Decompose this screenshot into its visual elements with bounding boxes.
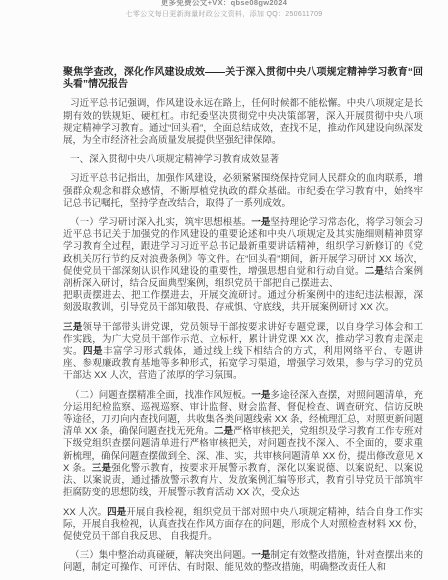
paragraph: 三是领导干部带头讲党课，党员领导干部按要求讲好专题党课，以自身学习体会和工作实践… (63, 322, 423, 383)
text-run: 把职责摆进去、把工作摆进去，开展交流研讨。通过分析案例中的违纪违法根源，深刻汲取… (63, 290, 423, 313)
bold-marker: 三是 (92, 463, 112, 474)
paragraph: 把职责摆进去、把工作摆进去，开展交流研讨。通过分析案例中的违纪违法根源，深刻汲取… (63, 290, 423, 314)
document-page: 更多免费公文+VX：qbse08gw2024 七零公文每日更新海量时政公文资料，… (0, 0, 448, 580)
text-run: 丰富学习形式载体，通过线上线下相结合的方式，利用网络平台、专题讲座、参观廉政教育… (63, 346, 423, 381)
bold-marker: 一是 (251, 217, 270, 228)
paragraph: （二）问题查摆精准全面，找准作风短板。一是多途径深入查摆，对照问题清单，充分运用… (63, 390, 423, 500)
watermark-line-1: 更多免费公文+VX：qbse08gw2024 (0, 0, 448, 8)
text-run: 强化警示教育，按要求开展警示教育，深化以案说德、以案说纪、以案说法、以案说责，通… (63, 463, 423, 498)
bold-marker: 四是 (83, 346, 103, 357)
bold-marker: 四是 (107, 507, 126, 518)
bold-marker: 一是 (251, 390, 270, 401)
bold-marker: 二是 (365, 266, 384, 277)
bold-marker: 一是 (251, 550, 270, 561)
bold-marker: 三是 (63, 322, 82, 333)
document-title: 聚焦学查改，深化作风建设成效——关于深入贯彻中央八项规定精神学习教育“回头看”情… (63, 67, 423, 91)
text-run: XX 人次。 (63, 507, 107, 518)
text-run: 习近平总书记指出，加强作风建设，必须紧紧围绕保持党同人民群众的血肉联系，增强群众… (63, 173, 423, 208)
watermark-header: 更多免费公文+VX：qbse08gw2024 七零公文每日更新海量时政公文资料，… (0, 0, 448, 19)
paragraph: 习近平总书记强调，作风建设永远在路上，任何时候都不能松懈。中央八项规定是长期有效… (63, 98, 423, 147)
paragraph: 习近平总书记指出，加强作风建设，必须紧紧围绕保持党同人民群众的血肉联系，增强群众… (63, 173, 423, 210)
paragraph: XX 人次。四是开展自我检视，组织党员干部对照中央八项规定精神，结合自身工作实际… (63, 507, 423, 544)
paragraph: （一）学习研讨深入扎实，筑牢思想根基。一是坚持理论学习常态化，将学习领会习近平总… (63, 217, 423, 290)
text-run: 一、深入贯彻中央八项规定精神学习教育成效显著 (70, 154, 279, 165)
bold-marker: 二是 (214, 426, 233, 437)
paragraphs-container: 习近平总书记强调，作风建设永远在路上，任何时候都不能松懈。中央八项规定是长期有效… (63, 98, 423, 574)
text-run: （二）问题查摆精准全面，找准作风短板。 (70, 390, 251, 401)
paragraph: （三）集中整治动真碰硬，解决突出问题。一是制定有效整改措施，针对查摆出来的问题，… (63, 550, 423, 574)
text-run: （三）集中整治动真碰硬，解决突出问题。 (70, 550, 251, 561)
document-body: 聚焦学查改，深化作风建设成效——关于深入贯彻中央八项规定精神学习教育“回头看”情… (0, 67, 448, 575)
text-run: 习近平总书记强调，作风建设永远在路上，任何时候都不能松懈。中央八项规定是长期有效… (63, 98, 423, 146)
section-heading: 一、深入贯彻中央八项规定精神学习教育成效显著 (63, 154, 423, 166)
text-run: （一）学习研讨深入扎实，筑牢思想根基。 (70, 217, 251, 228)
watermark-line-2: 七零公文每日更新海量时政公文资料，添加 QQ：250611709 (0, 9, 448, 19)
